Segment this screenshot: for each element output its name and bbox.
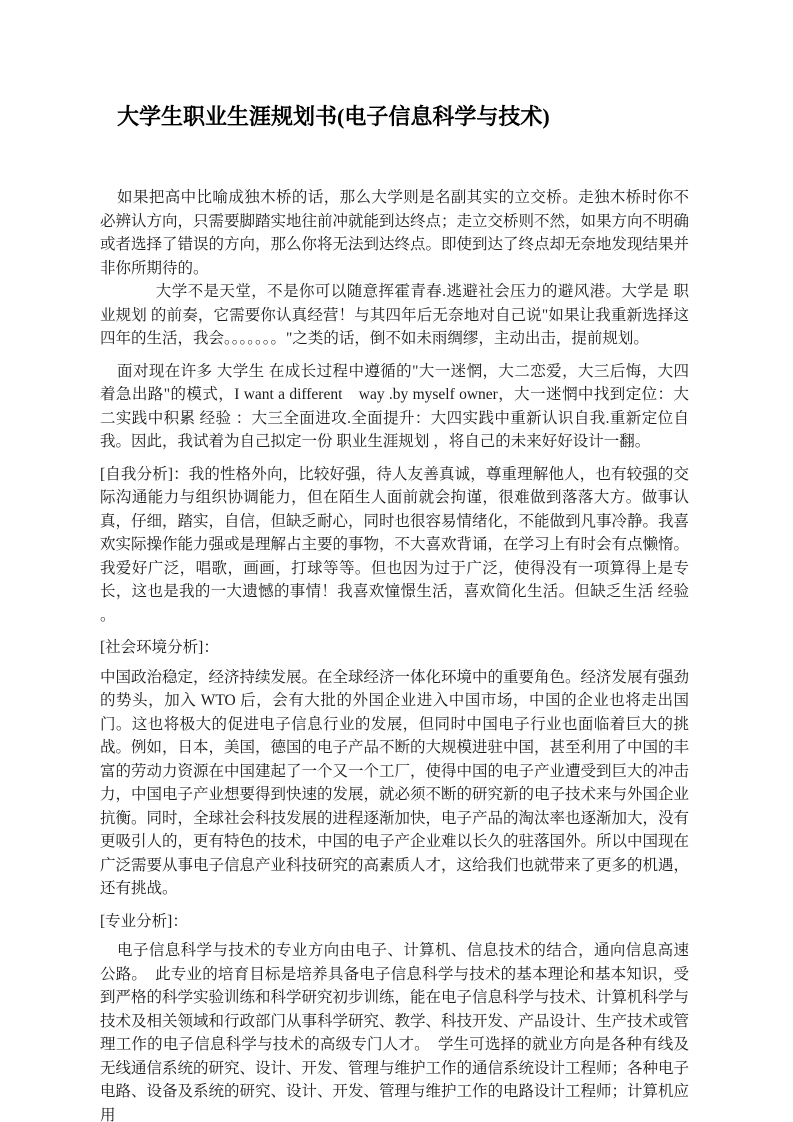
- paragraph-intro-3: 面对现在许多 大学生 在成长过程中遵循的"大一迷惘，大二恋爱，大三后悔，大四着急…: [100, 360, 689, 454]
- document-page: 大学生职业生涯规划书(电子信息科学与技术) 如果把高中比喻成独木桥的话，那么大学…: [0, 0, 793, 1122]
- document-content: 大学生职业生涯规划书(电子信息科学与技术) 如果把高中比喻成独木桥的话，那么大学…: [0, 0, 793, 1122]
- section-heading-social-environment: [社会环境分析]：: [100, 636, 689, 660]
- paragraph-self-analysis: [自我分析]：我的性格外向，比较好强，待人友善真诚，尊重理解他人，也有较强的交际…: [100, 463, 689, 628]
- document-title: 大学生职业生涯规划书(电子信息科学与技术): [117, 102, 689, 132]
- paragraph-intro-1: 如果把高中比喻成独木桥的话，那么大学则是名副其实的立交桥。走独木桥时你不必辨认方…: [100, 186, 689, 280]
- section-heading-major-analysis: [专业分析]：: [100, 910, 689, 934]
- paragraph-intro-2: 大学不是天堂，不是你可以随意挥霍青春.逃避社会压力的避风港。大学是 职业规划 的…: [100, 280, 689, 351]
- paragraph-social-environment: 中国政治稳定，经济持续发展。在全球经济一体化环境中的重要角色。经济发展有强劲的势…: [100, 666, 689, 901]
- paragraph-major-analysis: 电子信息科学与技术的专业方向由电子、计算机、信息技术的结合，通向信息高速公路。 …: [100, 939, 689, 1122]
